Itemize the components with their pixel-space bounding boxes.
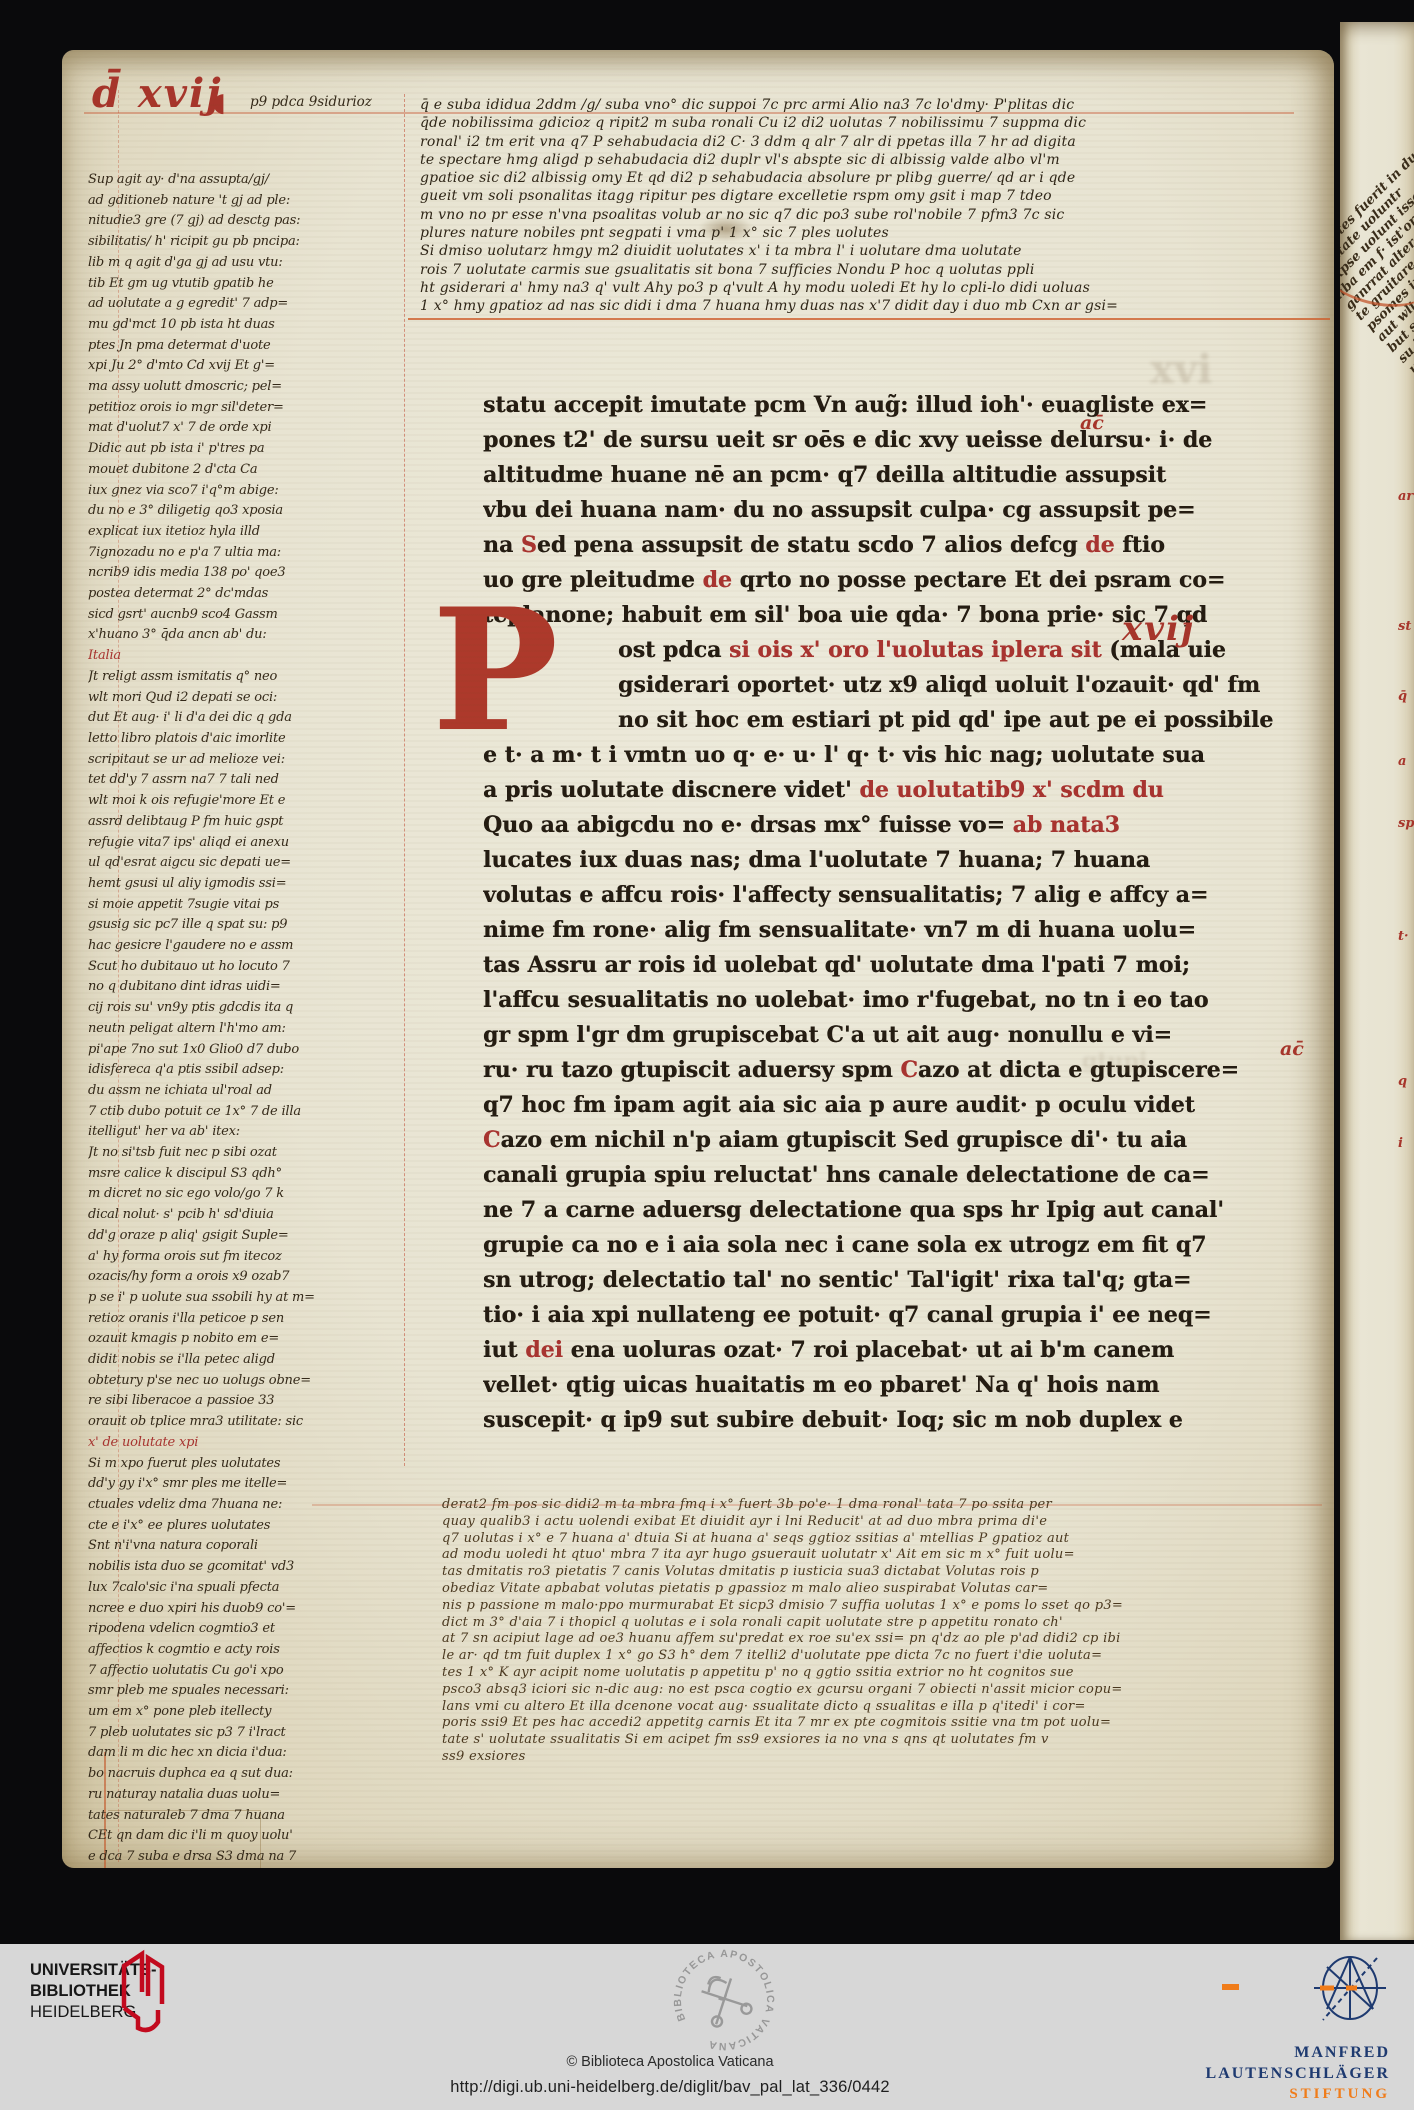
rubric-text: si ois x' oro l'uolutas iplera sit bbox=[729, 637, 1102, 663]
manuscript-line: affectios k cogmtio e acty rois bbox=[88, 1640, 402, 1661]
manuscript-line: tet dd'y 7 assrn na7 7 tali ned bbox=[88, 770, 402, 791]
manuscript-line: l'affcu sesualitatis no uolebat· imo r'f… bbox=[483, 983, 1287, 1018]
manuscript-line: msre calice k discipul S3 qdh° bbox=[88, 1164, 402, 1185]
manuscript-line: dict m 3° d'aia 7 i thopicl q uolutas e … bbox=[442, 1615, 1334, 1632]
manuscript-line: p se i' p uolute sua ssobili hy at m= bbox=[88, 1288, 402, 1309]
manuscript-page: d̄ xvij ◖ p9 pdca 9sidurioz Sup agit ay·… bbox=[62, 50, 1334, 1868]
manuscript-line: iux gnez via sco7 i'q°m abige: bbox=[88, 481, 402, 502]
manuscript-line: suscepit· q ip9 sut subire debuit· Ioq; … bbox=[483, 1403, 1287, 1438]
showthrough-text: xvi bbox=[1150, 350, 1212, 390]
manuscript-line: ul qd'esrat aigcu sic depati ue= bbox=[88, 853, 402, 874]
manuscript-line: obtetury p'se nec uo uolugs obne= bbox=[88, 1371, 402, 1392]
manuscript-line: q̄ e suba ididua 2ddm /g/ suba vno° dic … bbox=[420, 96, 1296, 114]
manuscript-line: refugie vita7 ips' aliqd ei anexu bbox=[88, 833, 402, 854]
mls-globe-logo-icon bbox=[1310, 1950, 1390, 2036]
manuscript-line: assrd delibtaug P fm huic gspt bbox=[88, 812, 402, 833]
manuscript-line: dd'y gy i'x° smr ples me itelle= bbox=[88, 1474, 402, 1495]
manuscript-line: q7 uolutas i x° e 7 huana a' dtuia Si at… bbox=[442, 1531, 1334, 1548]
manuscript-line: mat d'uolut7 x' 7 de orde xpi bbox=[88, 418, 402, 439]
manuscript-line: Si m xpo fuerut ples uolutates bbox=[88, 1454, 402, 1475]
ub-heidelberg-book-logo-icon bbox=[112, 1948, 174, 2040]
manuscript-line: ad modu uoledi ht qtuo' mbra 7 ita ayr h… bbox=[442, 1547, 1334, 1564]
manuscript-line: lans vmi cu altero Et illa dcenone vocat… bbox=[442, 1699, 1334, 1716]
rubric-text: C bbox=[483, 1127, 501, 1153]
fore-edge-rubric-fragment: a bbox=[1398, 755, 1406, 768]
manuscript-line: wlt mori Qud i2 depati se oci: bbox=[88, 688, 402, 709]
manuscript-line: te spectare hmg aligd p sehabudacia di2 … bbox=[420, 151, 1296, 169]
manuscript-line: du no e 3° diligetig qo3 xposia bbox=[88, 501, 402, 522]
manuscript-line: gsusig sic pc7 ille q spat su: p9 bbox=[88, 915, 402, 936]
manuscript-line: dut Et aug· i' li d'a dei dic q gda bbox=[88, 708, 402, 729]
margin-note-ac-2: ac̄ bbox=[1280, 1040, 1304, 1059]
fore-edge-rubric-fragment: q bbox=[1398, 1075, 1407, 1088]
manuscript-line: orauit ob tplice mra3 utilitate: sic bbox=[88, 1412, 402, 1433]
manuscript-line: Si dmiso uolutarz hmgy m2 diuidit uoluta… bbox=[420, 242, 1296, 260]
manuscript-line: re sibi liberacoe a passioe 33 bbox=[88, 1391, 402, 1412]
mls-wordmark: MANFRED LAUTENSCHLÄGER STIFTUNG bbox=[1140, 2042, 1390, 2105]
manuscript-line: gpatioe sic di2 albissig omy Et qd di2 p… bbox=[420, 169, 1296, 187]
manuscript-line: statu accepit imutate pcm Vn aug̃: illud… bbox=[483, 388, 1287, 423]
main-text-block-upper: statu accepit imutate pcm Vn aug̃: illud… bbox=[483, 388, 1287, 633]
manuscript-line: q̄de nobilissima gdicioz q ripit2 m suba… bbox=[420, 114, 1296, 132]
manuscript-line: m vno no pr esse n'vna psoalitas volub a… bbox=[420, 206, 1296, 224]
manuscript-line: tas Assru ar rois id uolebat qd' uolutat… bbox=[483, 948, 1287, 983]
manuscript-line: nime fm rone· alig fm sensualitate· vn7 … bbox=[483, 913, 1287, 948]
manuscript-line: a pris uolutate discnere videt' de uolut… bbox=[483, 773, 1287, 808]
manuscript-line: tate s' uolutate ssualitatis Si em acipe… bbox=[442, 1732, 1334, 1749]
manuscript-line: ozauit kmagis p nobito em e= bbox=[88, 1329, 402, 1350]
manuscript-line: vbu dei huana nam· du no assupsit culpa·… bbox=[483, 493, 1287, 528]
manuscript-line: tas dmitatis ro3 pietatis 7 canis Voluta… bbox=[442, 1564, 1334, 1581]
manuscript-line: smr pleb me spuales necessari: bbox=[88, 1681, 402, 1702]
rubric-text: de uolutatib9 x' scdm du bbox=[859, 777, 1163, 803]
mls-line-1: MANFRED bbox=[1140, 2042, 1390, 2063]
manuscript-line: 7ignozadu no e p'a 7 ultia ma: bbox=[88, 543, 402, 564]
manuscript-line: Didic aut pb ista i' p'tres pa bbox=[88, 439, 402, 460]
manuscript-line: Sup agit ay· d'na assupta/gj/ bbox=[88, 170, 402, 191]
manuscript-line: ncrib9 idis media 138 po' qoe3 bbox=[88, 563, 402, 584]
manuscript-line: 1 x° hmy gpatioz ad nas sic didi i dma 7… bbox=[420, 297, 1296, 315]
main-text-block-lower: e t· a m· t i vmtn uo q· e· u· l' q· t· … bbox=[483, 738, 1287, 1438]
manuscript-line: no sit hoc em estiari pt pid qd' ipe aut… bbox=[618, 703, 1284, 738]
manuscript-line: mu gd'mct 10 pb ista ht duas bbox=[88, 315, 402, 336]
manuscript-line: hac gesicre l'gaudere no e assm bbox=[88, 936, 402, 957]
fore-edge-rubric-fragment: t· bbox=[1398, 930, 1409, 943]
ruling-line-middle bbox=[408, 318, 1330, 320]
showthrough-text-2: gtupi bbox=[1082, 1050, 1147, 1072]
manuscript-line: dd'g oraze p aliq' gsigit Suple= bbox=[88, 1226, 402, 1247]
manuscript-line: dam li m dic hec xn dicia i'dua: bbox=[88, 1743, 402, 1764]
manuscript-line: altitudme huane nē an pcm· q7 deilla alt… bbox=[483, 458, 1287, 493]
paraph-mark-icon: ◖ bbox=[212, 90, 226, 116]
manuscript-line: itelligut' her va ab' itex: bbox=[88, 1122, 402, 1143]
manuscript-line: quay qualib3 i actu uolendi exibat Et di… bbox=[442, 1514, 1334, 1531]
manuscript-line: petitioz orois io mgr sil'deter= bbox=[88, 398, 402, 419]
manuscript-line: lucates iux duas nas; dma l'uolutate 7 h… bbox=[483, 843, 1287, 878]
manuscript-line: nis p passione m malo·ppo murmurabat Et … bbox=[442, 1598, 1334, 1615]
manuscript-line: retioz oranis i'lla peticoe p sen bbox=[88, 1309, 402, 1330]
manuscript-line: didit nobis se i'lla petec aligd bbox=[88, 1350, 402, 1371]
manuscript-line: Quo aa abigcdu no e· drsas mx° fuisse vo… bbox=[483, 808, 1287, 843]
manuscript-line: ht gsiderari a' hmy na3 q' vult Ahy po3 … bbox=[420, 279, 1296, 297]
manuscript-line: ncree e duo xpiri his duob9 co'= bbox=[88, 1599, 402, 1620]
manuscript-line: Cazo em nichil n'p aiam gtupiscit Sed gr… bbox=[483, 1123, 1287, 1158]
manuscript-line: du assm ne ichiata ul'roal ad bbox=[88, 1081, 402, 1102]
manuscript-line: e dca 7 suba e drsa S3 dma na 7 bbox=[88, 1847, 402, 1868]
manuscript-line: 7 pleb uolutates sic p3 7 i'lract bbox=[88, 1723, 402, 1744]
manuscript-line: wlt moi k ois refugie'more Et e bbox=[88, 791, 402, 812]
manuscript-line: uo gre pleitudme de qrto no posse pectar… bbox=[483, 563, 1287, 598]
manuscript-line: tio· i aia xpi nullateng ee potuit· q7 c… bbox=[483, 1298, 1287, 1333]
copyright-line: © Biblioteca Apostolica Vaticana bbox=[320, 2054, 1020, 2070]
manuscript-line: rois 7 uolutate carmis sue gsualitatis s… bbox=[420, 261, 1296, 279]
manuscript-line: Jt religt assm ismitatis q° neo bbox=[88, 667, 402, 688]
fore-edge-rubric-fragment: sp bbox=[1398, 817, 1414, 830]
chapter-number-rubric: d̄ xvij bbox=[92, 74, 223, 114]
manuscript-line: lux 7calo'sic i'na spuali pfecta bbox=[88, 1578, 402, 1599]
manuscript-line: explicat iux itetioz hyla illd bbox=[88, 522, 402, 543]
manuscript-line: ctuales vdeliz dma 7huana ne: bbox=[88, 1495, 402, 1516]
manuscript-line: canali grupia spiu reluctat' hns canale … bbox=[483, 1158, 1287, 1193]
margin-note-ac: ac̄ bbox=[1080, 414, 1104, 433]
top-commentary-block: q̄ e suba ididua 2ddm /g/ suba vno° dic … bbox=[420, 96, 1296, 316]
manuscript-line: ozacis/hy form a orois x9 ozab7 bbox=[88, 1267, 402, 1288]
manuscript-line: poris ssi9 Et pes hac accedi2 appetitg c… bbox=[442, 1715, 1334, 1732]
manuscript-line: si moie appetit 7sugie vitai ps bbox=[88, 895, 402, 916]
manuscript-line: ad gditioneb nature 't gj ad ple: bbox=[88, 191, 402, 212]
ruling-column-divider bbox=[404, 94, 405, 1466]
manuscript-line: x' de uolutate xpi bbox=[88, 1433, 402, 1454]
manuscript-line: ptes Jn pma determat d'uote bbox=[88, 336, 402, 357]
manuscript-line: gr spm l'gr dm grupiscebat C'a ut ait au… bbox=[483, 1018, 1287, 1053]
manuscript-line: volutas e affcu rois· l'affecty sensuali… bbox=[483, 878, 1287, 913]
left-column-first-line: p9 pdca 9sidurioz bbox=[250, 94, 406, 110]
manuscript-line: nobilis ista duo se gcomitat' vd3 bbox=[88, 1557, 402, 1578]
scan-viewer: d̄ xvij ◖ p9 pdca 9sidurioz Sup agit ay·… bbox=[0, 0, 1414, 2110]
manuscript-line: le ar· qd tm fuit duplex 1 x° go S3 h° d… bbox=[442, 1648, 1334, 1665]
manuscript-line: Scut ho dubitauo ut ho locuto 7 bbox=[88, 957, 402, 978]
mls-line-2: LAUTENSCHLÄGER bbox=[1140, 2063, 1390, 2084]
manuscript-line: ripodena vdelicn cogmtio3 et bbox=[88, 1619, 402, 1640]
manuscript-line: derat2 fm pos sic didi2 m ta mbra fmq i … bbox=[442, 1497, 1334, 1514]
manuscript-line: Italia bbox=[88, 646, 402, 667]
manuscript-line: CEt qn dam dic i'li m quoy uolu' bbox=[88, 1826, 402, 1847]
rubric-text: de bbox=[1085, 532, 1114, 558]
manuscript-line: at 7 sn acipiut lage ad oe3 huanu affem … bbox=[442, 1631, 1334, 1648]
mls-orange-dash-icon bbox=[1222, 1984, 1239, 1990]
manuscript-line: hemt gsusi ul aliy igmodis ssi= bbox=[88, 874, 402, 895]
illuminated-initial: P bbox=[432, 586, 558, 754]
manuscript-line: nitudie3 gre (7 gj) ad desctg pas: bbox=[88, 211, 402, 232]
fore-edge-rubric-fragment: ar bbox=[1398, 490, 1413, 503]
manuscript-line: q7 hoc fm ipam agit aia sic aia p aure a… bbox=[483, 1088, 1287, 1123]
manuscript-line: m dicret no sic ego volo/go 7 k bbox=[88, 1184, 402, 1205]
manuscript-line: idisfereca q'a ptis ssibil adsep: bbox=[88, 1060, 402, 1081]
manuscript-line: letto libro platois d'aic imorlite bbox=[88, 729, 402, 750]
manuscript-line: cte e i'x° ee plures uolutates bbox=[88, 1516, 402, 1537]
manuscript-line: sicd gsrt' aucnb9 sco4 Gassm bbox=[88, 605, 402, 626]
rubric-text: Italia bbox=[88, 648, 121, 663]
manuscript-line: um em x° pone pleb itellecty bbox=[88, 1702, 402, 1723]
fore-edge-curved-text: uolutates fuerit in duuolutate uoluntrp … bbox=[1340, 48, 1414, 387]
manuscript-line: lib m q agit d'ga gj ad usu vtu: bbox=[88, 253, 402, 274]
manuscript-line: xpi Ju 2° d'mto Cd xvij Et g'= bbox=[88, 356, 402, 377]
rubric-text: de bbox=[703, 567, 732, 593]
manuscript-line: sibilitatis/ h' ricipit gu pb pncipa: bbox=[88, 232, 402, 253]
rubric-text: x' de uolutate xpi bbox=[88, 1435, 198, 1450]
fore-edge-rubric-fragment: st bbox=[1398, 620, 1411, 633]
manuscript-line: 7 ctib dubo potuit ce 1x° 7 de illa bbox=[88, 1102, 402, 1123]
manuscript-line: neutn peligat altern l'h'mo am: bbox=[88, 1019, 402, 1040]
manuscript-line: scripitaut se ur ad melioze vei: bbox=[88, 750, 402, 771]
manuscript-line: gueit vm soli psonalitas itagg ripitur p… bbox=[420, 187, 1296, 205]
margin-chapter-number: xvij bbox=[1122, 612, 1195, 646]
manuscript-line: pi'ape 7no sut 1x0 Glio0 d7 dubo bbox=[88, 1040, 402, 1061]
manuscript-line: 7 affectio uolutatis Cu go'i xpo bbox=[88, 1661, 402, 1682]
manuscript-line: sn utrog; delectatio tal' no sentic' Tal… bbox=[483, 1263, 1287, 1298]
manuscript-line: Snt n'i'vna natura coporali bbox=[88, 1536, 402, 1557]
manuscript-line: obediaz Vitate apbabat volutas pietatis … bbox=[442, 1581, 1334, 1598]
manuscript-line: postea determat 2° dc'mdas bbox=[88, 584, 402, 605]
manuscript-line: ad uolutate a g egredit' 7 adp= bbox=[88, 294, 402, 315]
footer-attribution-band: UNIVERSITÄTS- BIBLIOTHEK HEIDELBERG bbox=[0, 1944, 1414, 2110]
rubric-text: S bbox=[521, 532, 537, 558]
manuscript-line: gsiderari oportet· utz x9 aliqd uoluit l… bbox=[618, 668, 1284, 703]
source-url: http://digi.ub.uni-heidelberg.de/diglit/… bbox=[320, 2078, 1020, 2097]
manuscript-line: vellet· qtig uicas huaitatis m eo pbaret… bbox=[483, 1368, 1287, 1403]
manuscript-line: mouet dubitone 2 d'cta Ca bbox=[88, 460, 402, 481]
manuscript-line: dical nolut· s' pcib h' sd'diuia bbox=[88, 1205, 402, 1226]
mls-line-3: STIFTUNG bbox=[1140, 2084, 1390, 2105]
manuscript-line: tes 1 x° K ayr acipit nome uolutatis p a… bbox=[442, 1665, 1334, 1682]
manuscript-line: ma assy uolutt dmoscric; pel= bbox=[88, 377, 402, 398]
manuscript-line: bo nacruis duphca ea q sut dua: bbox=[88, 1764, 402, 1785]
manuscript-line: tib Et gm ug vtutib gpatib he bbox=[88, 274, 402, 295]
rubric-text: C bbox=[900, 1057, 918, 1083]
manuscript-line: ru naturay natalia duas uolu= bbox=[88, 1785, 402, 1806]
bottom-commentary-block: derat2 fm pos sic didi2 m ta mbra fmq i … bbox=[442, 1497, 1334, 1766]
manuscript-line: a' hy forma orois sut fm itecoz bbox=[88, 1247, 402, 1268]
manuscript-line: x'huano 3° q̄da ancn ab' du: bbox=[88, 625, 402, 646]
manuscript-line: cij rois su' vn9y ptis gdcdis ita q bbox=[88, 998, 402, 1019]
manuscript-line: ne 7 a carne aduersg delectatione qua sp… bbox=[483, 1193, 1287, 1228]
manuscript-line: pones t2' de sursu ueit sr oēs e dic xvy… bbox=[483, 423, 1287, 458]
rubric-text: ab nata3 bbox=[1013, 812, 1120, 838]
rubric-text: dei bbox=[525, 1337, 563, 1363]
manuscript-line: plures nature nobiles pnt segpati i vma … bbox=[420, 224, 1296, 242]
manuscript-line: no q dubitano dint idras uidi= bbox=[88, 977, 402, 998]
manuscript-line: grupie ca no e i aia sola nec i cane sol… bbox=[483, 1228, 1287, 1263]
manuscript-line: Jt no si'tsb fuit nec p sibi ozat bbox=[88, 1143, 402, 1164]
fore-edge-rubric-fragment: q̄ bbox=[1398, 690, 1407, 703]
manuscript-line: e t· a m· t i vmtn uo q· e· u· l' q· t· … bbox=[483, 738, 1287, 773]
manuscript-line: na Sed pena assupsit de statu scdo 7 ali… bbox=[483, 528, 1287, 563]
book-fore-edge: uolutates fuerit in duuolutate uoluntrp … bbox=[1340, 22, 1414, 1940]
manuscript-line: ru· ru tazo gtupiscit aduersy spm Cazo a… bbox=[483, 1053, 1287, 1088]
manuscript-line: psco3 absq3 iciori sic n-dic aug: no est… bbox=[442, 1682, 1334, 1699]
manuscript-line: ss9 exsiores bbox=[442, 1749, 1334, 1766]
manuscript-line: iut dei ena uoluras ozat· 7 roi placebat… bbox=[483, 1333, 1287, 1368]
fore-edge-rubric-fragment: i bbox=[1398, 1137, 1403, 1150]
vatican-library-seal: BIBLIOTECA APOSTOLICA VATICANA bbox=[668, 1944, 780, 2060]
left-marginal-column: Sup agit ay· d'na assupta/gj/ad gditione… bbox=[88, 170, 402, 1868]
manuscript-line: ronal' i2 tm erit vna q7 P sehabudacia d… bbox=[420, 133, 1296, 151]
manuscript-line: tates naturaleb 7 dma 7 huana bbox=[88, 1806, 402, 1827]
